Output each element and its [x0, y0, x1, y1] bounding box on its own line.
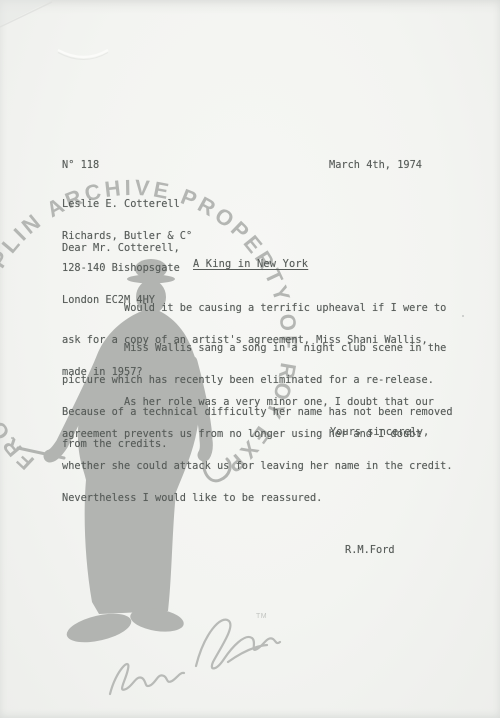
trademark-symbol: TM: [256, 613, 267, 620]
recipient-street: 128-140 Bishopsgate: [62, 263, 192, 274]
reference-number: N° 118: [62, 160, 99, 171]
letter-page: FROM THE CHAPLIN ARCHIVE PROPERTY OF ROY…: [0, 0, 500, 718]
letter-date: March 4th, 1974: [329, 160, 422, 171]
paragraph-line: As her role was a very minor one, I doub…: [62, 397, 453, 408]
recipient-name: Leslie E. Cotterell: [62, 199, 192, 210]
closing: Yours sincerely,: [330, 427, 429, 438]
chaplin-signature-script: Charlie Chaplin: [110, 620, 280, 694]
left-shoe: [64, 608, 134, 647]
paper-crease: [0, 0, 108, 60]
paragraph-line: whether she could attack us for leaving …: [62, 461, 453, 472]
paragraph-line: Nevertheless I would like to be reassure…: [62, 493, 453, 504]
signature-word-charlie: [110, 664, 184, 694]
salutation: Dear Mr. Cotterell,: [62, 243, 180, 254]
paragraph-3: As her role was a very minor one, I doub…: [62, 376, 453, 524]
paragraph-line: Miss Wallis sang a song in a night club …: [62, 343, 453, 354]
recipient-firm: Richards, Butler & C°: [62, 231, 192, 242]
signatory-name: R.M.Ford: [345, 545, 395, 556]
subject-line: A King in New York: [193, 259, 308, 270]
paragraph-line: Would it be causing a terrific upheaval …: [62, 303, 446, 314]
